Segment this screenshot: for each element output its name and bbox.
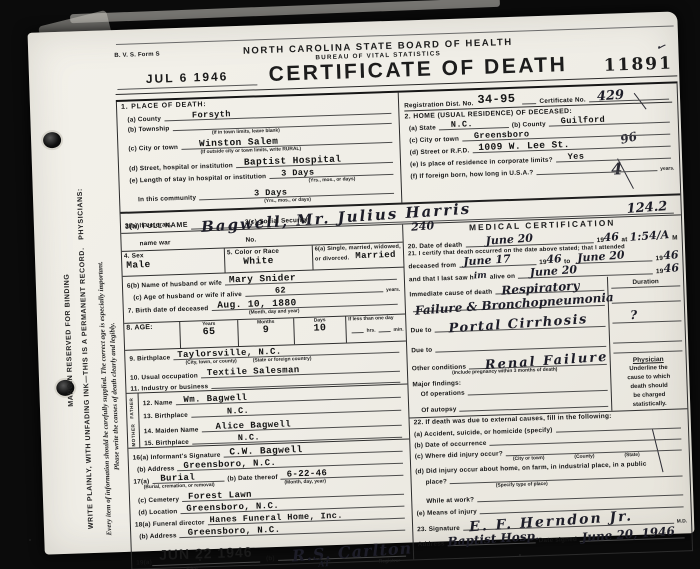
sex-value: Male [124,257,222,271]
date-m-label: M [669,234,678,241]
cause-of-death-block: Immediate cause of death Respiratory Fai… [405,274,687,417]
ssn-label-block: 3(c) Social Security No. [245,209,309,247]
section-place-home: 1. PLACE OF DEATH: (a) County Forsyth (b… [117,83,680,214]
registrar-sig-field: R.S. Carlton Registrar AT [277,536,406,561]
filing-b-label: (b) [260,555,275,562]
registration-gap [522,94,536,104]
autopsy-label: Of autopsy [413,406,457,414]
age-label: 8. AGE: [126,323,177,332]
registration-dist-value: 34-95 [477,92,515,107]
marital-value: Married [349,250,396,262]
right-column: MEDICAL CERTIFICATION 240 20. Date of de… [403,215,692,559]
marital-cell: 6(a) Single, married, widowed, or divorc… [313,243,404,270]
date-signed-value: June 20, 1946 [582,524,676,544]
place-of-death-column: 1. PLACE OF DEATH: (a) County Forsyth (b… [117,93,402,212]
ssn-label-2: No. [245,236,256,243]
margin-note-plainly: WRITE PLAINLY, WITH UNFADING INK—THIS IS… [77,188,95,529]
last-saw-year-value: 46 [663,261,679,275]
due-to-1-duration: ? [630,308,638,322]
ssn-label-1: 3(c) Social Security [245,217,308,226]
certificate-no-label: Certificate No. [539,96,586,105]
serial-number: 11891 [573,53,678,76]
form-body: 1. PLACE OF DEATH: (a) County Forsyth (b… [116,83,693,569]
duration-physician-column: Duration ? Physician Underline the cause… [607,274,687,410]
where-note-2: (County) [574,454,594,462]
stay-value: 3 Days [281,167,315,178]
filing-num-label: 19(a) [136,559,152,567]
main-columns: 3(b) If veteran, name war 3(c) Social Se… [121,215,692,568]
home-corporate-value: Yes [568,152,585,163]
age-min-note: min. [393,328,403,333]
mother-birthplace-value: N.C. [238,432,261,443]
mother-strip: MOTHER [127,420,140,447]
age-months-cell: Months 9 [238,318,295,346]
age-label-cell: 8. AGE: [124,322,181,350]
sex-cell: 4. Sex Male [122,248,226,275]
death-certificate-page: MARGIN RESERVED FOR BINDING WRITE PLAINL… [28,11,695,554]
last-saw-him: im [473,271,487,282]
physician-addr-label: Address [418,540,445,548]
date-signed-field: June 20, 1946 [580,528,685,541]
home-column: Registration Dist. No. 34-95 Certificate… [399,83,680,202]
external-causes-block: 22. If death was due to external causes,… [409,408,691,550]
age-days-cell: Days 10 [294,317,347,345]
header-spacer [596,31,677,52]
cemetery-value: Forest Lawn [188,490,252,502]
cause-main: Immediate cause of death Respiratory Fai… [405,277,611,418]
duration-line-2: ? [612,301,682,323]
certificate-form: B. V. S. Form S NORTH CAROLINA STATE BOA… [114,25,693,569]
registrar-scribble: AT [318,558,330,569]
age-less-cell: If less than one day hrs. min. [346,315,406,343]
father-strip: FATHER [127,393,140,420]
full-name-annotation: 124.2 [626,199,668,217]
race-cell: 5. Color or Race White [225,246,314,273]
date-at-label: at [619,236,629,243]
received-stamp-wrap: JUL 6 1946 [117,66,258,90]
margin-note-plainly-text: WRITE PLAINLY, WITH UNFADING INK—THIS IS… [79,247,95,529]
duration-line-3 [612,321,682,343]
registrar-note: Registrar [379,559,401,565]
mother-side-label: MOTHER [130,424,136,447]
form-number: B. V. S. Form S [114,49,160,68]
date-signed-label: Date signed [539,536,578,544]
veteran-label-block: 3(b) If veteran, name war [125,211,246,251]
age-hrs-note: hrs. [367,329,376,334]
birthdate-note: (Month, day and year) [249,309,300,319]
certificate-no-field: 429 [589,90,670,103]
where-note-1: (City or town) [513,456,545,464]
physician-addr-value: Baptist Hosp. [447,529,539,549]
certificate-no-value: 429 [596,88,624,105]
last-saw-year-pre: 19 [656,268,664,275]
spouse-value: Mary Snider [229,272,296,285]
punch-hole [43,132,62,149]
home-county-value: Guilford [561,115,606,126]
received-date-stamp: JUL 6 1946 [146,69,229,86]
veteran-label-2: name war [125,239,170,247]
margin-note-physicians: PHYSICIANS: [77,188,86,240]
age-min-field [378,325,390,332]
autopsy-field [459,397,608,412]
filed-stamp-field: JUN 22 1946 Filed [152,544,261,567]
father-birthplace-value: N.C. [227,406,250,417]
to-year-value: 46 [663,248,679,262]
father-side-label: FATHER [129,398,135,419]
medical-scribble: 240 [411,219,435,234]
age-years-value: 65 [182,326,235,339]
age-years-cell: Years 65 [180,320,239,348]
spouse-age-value: 62 [275,285,286,295]
community-note: (Yrs., mos., or days) [264,198,311,208]
from-date-value: June 17 [463,252,511,268]
home-state-value: N.C. [451,119,474,130]
veteran-label-1: 3(b) If veteran, [125,221,172,230]
marital-label-2: or divorced. [315,255,350,262]
age-days-value: 10 [296,323,343,336]
last-saw-date-value: June 20 [530,263,578,279]
age-months-value: 9 [240,324,291,337]
age-hrs-field [351,326,363,333]
home-foreign-label: (f) If foreign born, how long in U.S.A.? [406,169,533,180]
registration-dist-label: Registration Dist. No. [404,100,474,109]
physician-addr-field: Baptist Hosp. [447,533,535,546]
where-note-3: (State) [624,453,639,461]
industry-label: 11. Industry or business [130,383,208,393]
home-foreign-field [536,161,657,175]
disposition-date-value: 6-22-46 [286,468,327,479]
date-time-value: 1:54/A [629,228,669,244]
date-of-death-value: June 20 [485,231,533,247]
left-column: 3(b) If veteran, name war 3(c) Social Se… [121,225,414,569]
to-date-value: June 20 [577,248,625,264]
home-foreign-note: years. [660,167,674,172]
home-city-value: Greensboro [474,129,530,141]
community-value: 3 Days [254,187,288,198]
filed-date-stamp: JUN 22 1946 [159,544,253,563]
disposition-type-value: Burial [160,473,195,484]
date-year-value: 46 [604,230,620,244]
